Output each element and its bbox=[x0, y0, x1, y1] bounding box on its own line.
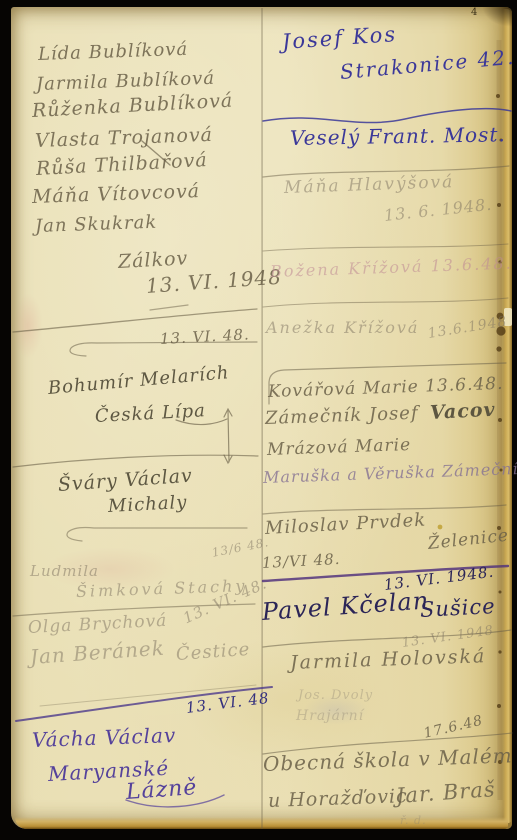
paper-stain bbox=[45, 547, 175, 591]
guestbook-page bbox=[11, 7, 512, 829]
paper-stain bbox=[181, 637, 391, 767]
gilt-page-edge-bottom bbox=[15, 817, 508, 829]
paper-stain bbox=[13, 293, 43, 359]
paper-stain bbox=[303, 695, 369, 725]
gilt-page-edge-right bbox=[503, 9, 512, 823]
page-number-mark: 4 bbox=[471, 7, 477, 18]
page-corner-shadow bbox=[482, 7, 512, 27]
